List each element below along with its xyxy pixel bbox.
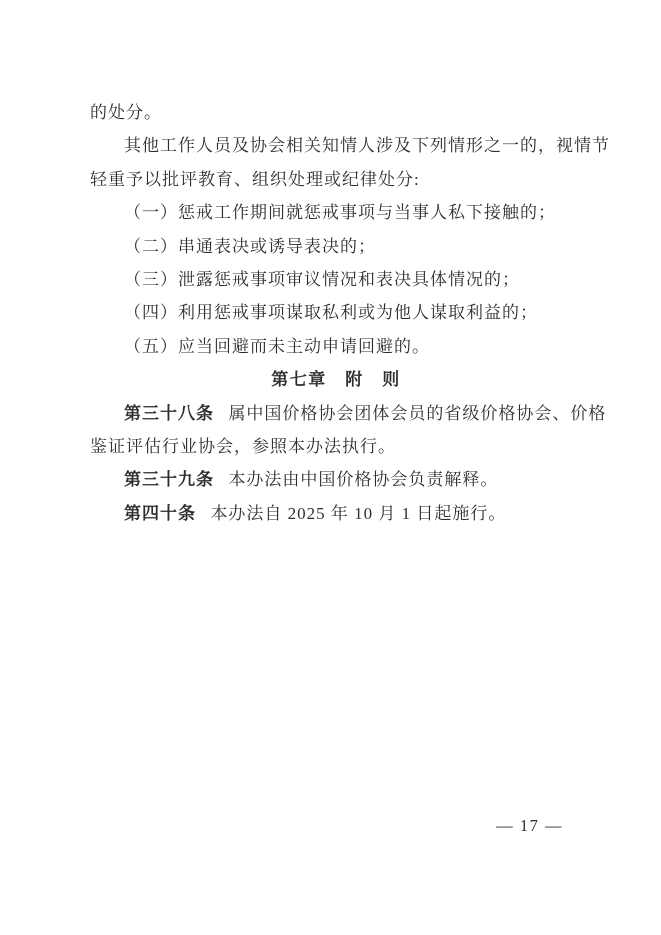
article-39-line: 第三十九条本办法由中国价格协会负责解释。 — [90, 463, 582, 496]
paragraph-line: 轻重予以批评教育、组织处理或纪律处分: — [90, 163, 582, 196]
list-item-5: （五）应当回避而未主动申请回避的。 — [90, 330, 582, 363]
list-item-4: （四）利用惩戒事项谋取私利或为他人谋取利益的； — [90, 296, 582, 329]
article-39-text: 本办法由中国价格协会负责解释。 — [228, 470, 498, 489]
chapter-heading: 第七章 附 则 — [90, 363, 582, 396]
article-40-text: 本办法自 2025 年 10 月 1 日起施行。 — [210, 504, 506, 523]
article-38-number: 第三十八条 — [124, 404, 214, 423]
list-item-2: （二）串通表决或诱导表决的； — [90, 230, 582, 263]
page-number: — 17 — — [496, 816, 563, 836]
article-38-text: 属中国价格协会团体会员的省级价格协会、价格 — [228, 404, 606, 423]
article-38-line: 第三十八条属中国价格协会团体会员的省级价格协会、价格 — [90, 397, 582, 430]
list-item-1: （一）惩戒工作期间就惩戒事项与当事人私下接触的； — [90, 196, 582, 229]
paragraph-line: 其他工作人员及协会相关知情人涉及下列情形之一的，视情节 — [90, 129, 582, 162]
article-40-number: 第四十条 — [124, 504, 196, 523]
document-page: 的处分。 其他工作人员及协会相关知情人涉及下列情形之一的，视情节 轻重予以批评教… — [0, 0, 661, 935]
article-40-line: 第四十条本办法自 2025 年 10 月 1 日起施行。 — [90, 497, 582, 530]
article-39-number: 第三十九条 — [124, 470, 214, 489]
page-content: 的处分。 其他工作人员及协会相关知情人涉及下列情形之一的，视情节 轻重予以批评教… — [90, 96, 582, 530]
article-38-continuation: 鉴证评估行业协会，参照本办法执行。 — [90, 430, 582, 463]
list-item-3: （三）泄露惩戒事项审议情况和表决具体情况的； — [90, 263, 582, 296]
text-line-continuation: 的处分。 — [90, 96, 582, 129]
